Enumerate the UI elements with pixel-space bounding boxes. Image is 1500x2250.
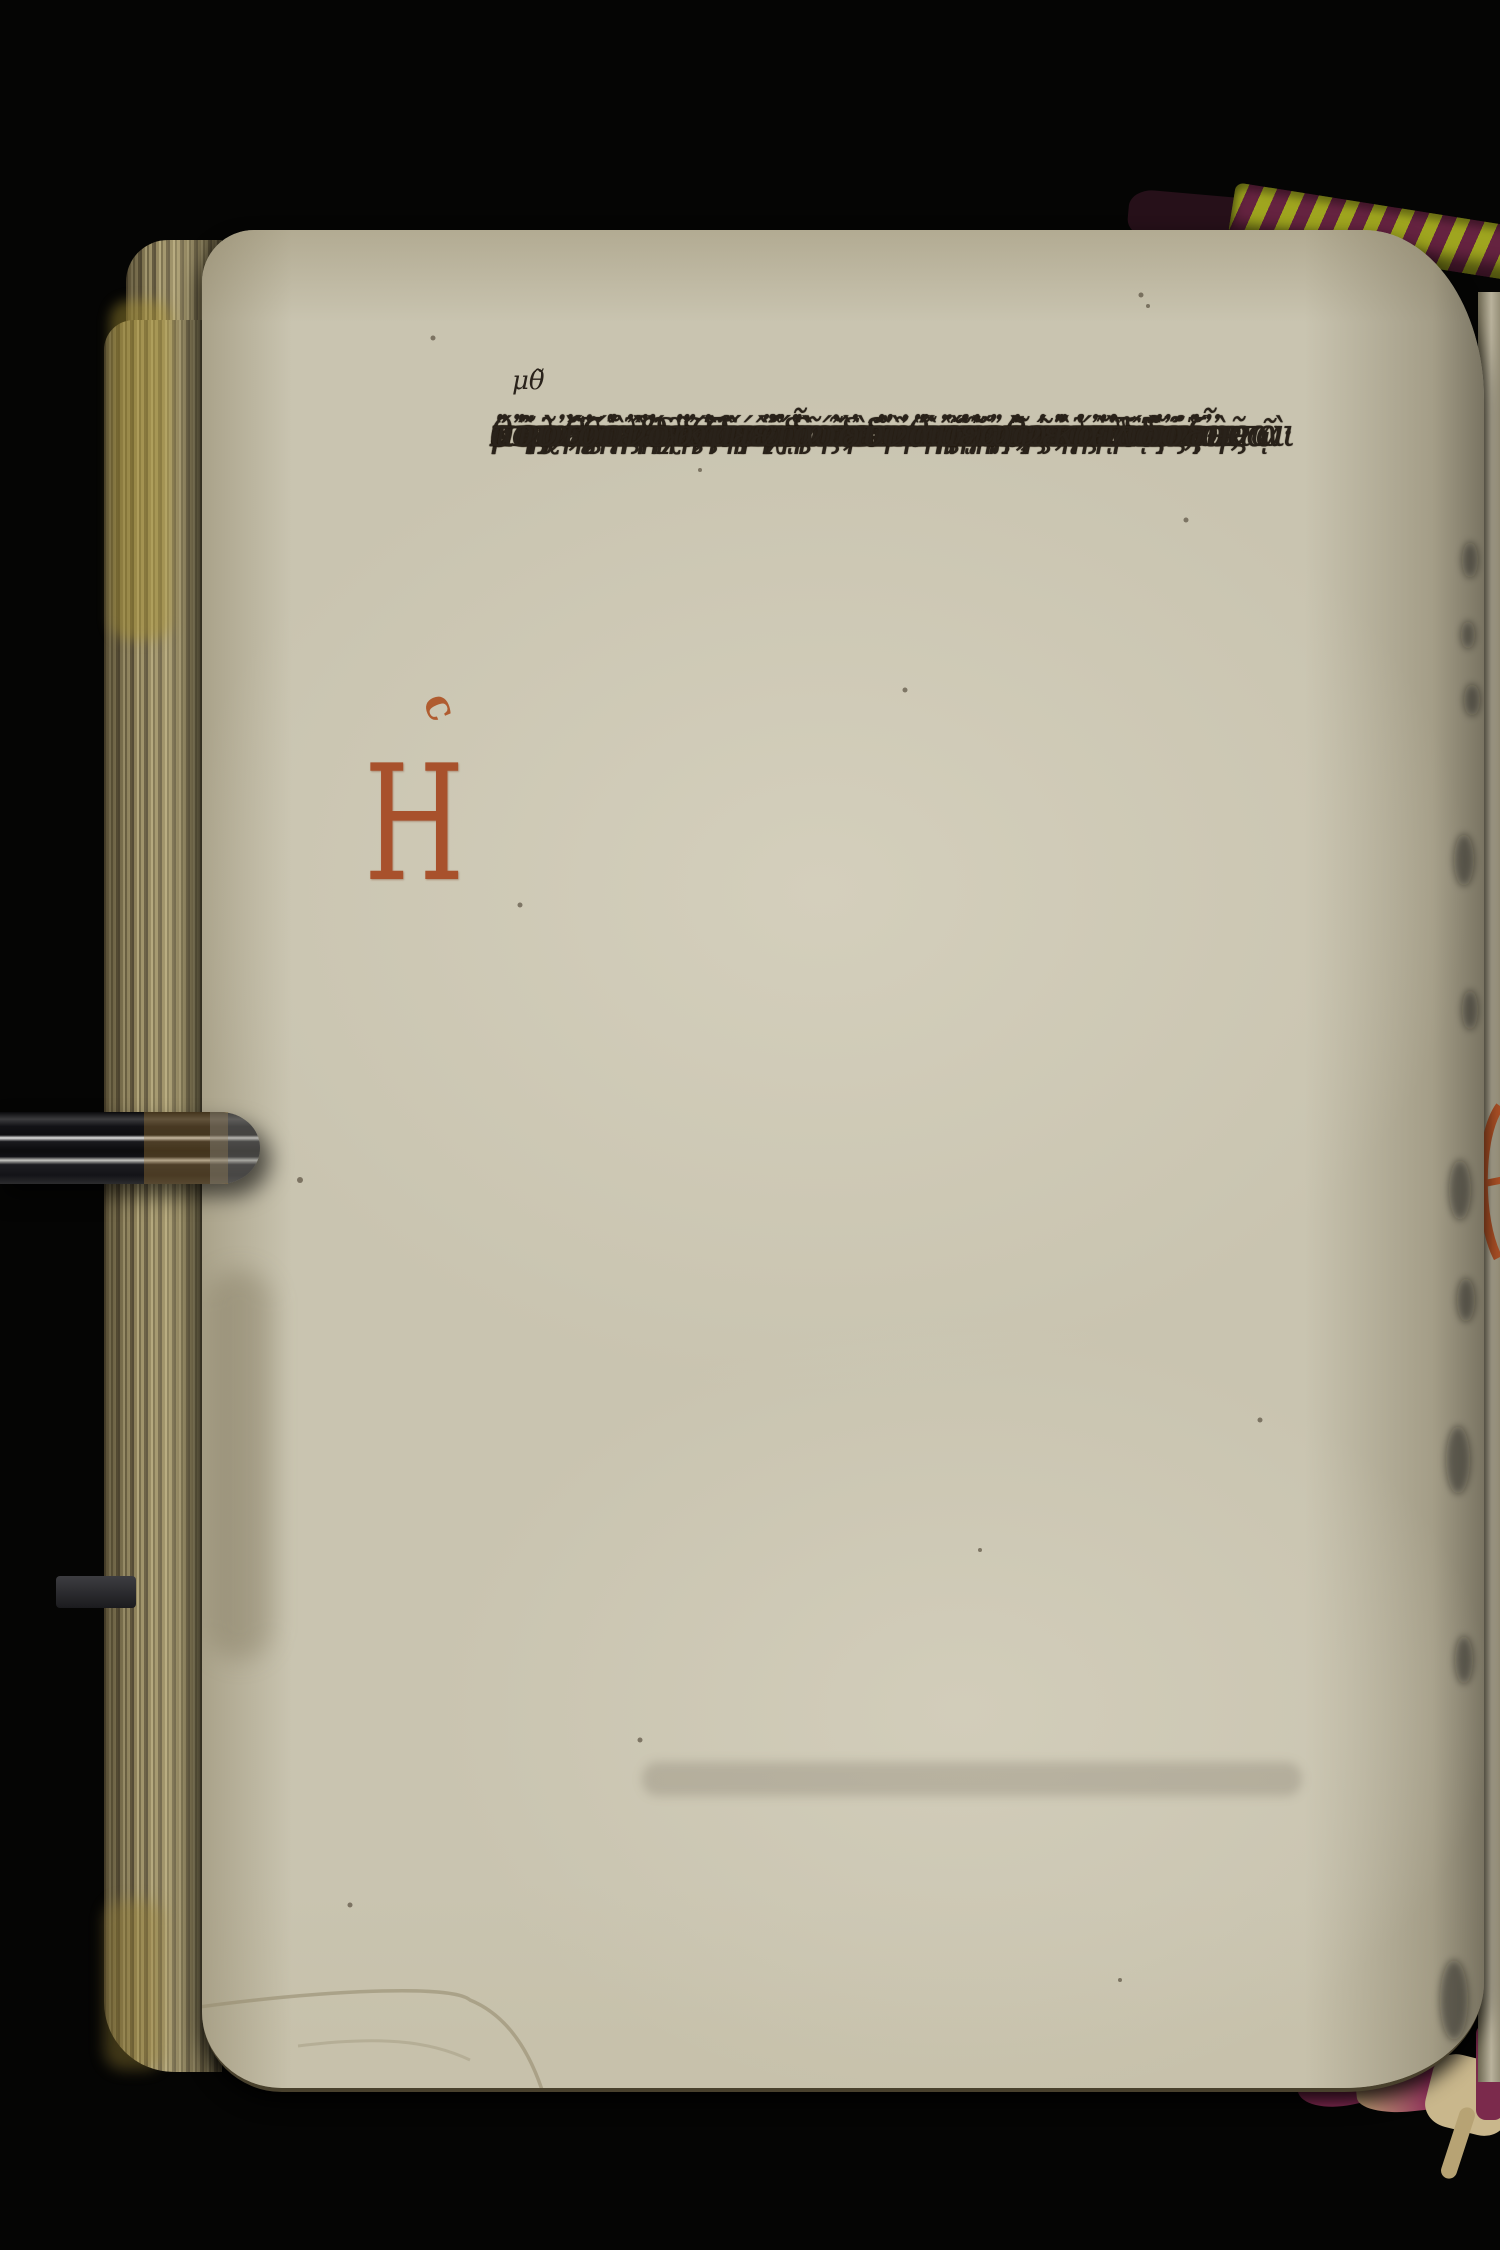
glass-page-weight-rod <box>0 1112 260 1184</box>
leaf-edge-stain <box>110 300 172 640</box>
text-column: μεγάλα καὶ τέρατα· ὥς τε πλα νῆσαι εἰ δυ… <box>490 404 1448 1744</box>
section-number: μθ̃ <box>512 366 545 396</box>
manuscript-photo: μθ̃ ϲ Η μεγάλα καὶ τέρατα· ὥς τε πλα νῆσ… <box>0 0 1500 2250</box>
leaf-edge-stain <box>104 1900 164 2070</box>
rod-stub-shadow <box>56 1576 136 1608</box>
manuscript-page: μθ̃ ϲ Η μεγάλα καὶ τέρατα· ὥς τε πλα νῆσ… <box>202 230 1484 2092</box>
manuscript-line: τοῦ οὐνοῦ, μετὰ δυνάμεως καὶ δόξης <box>490 404 1250 464</box>
rubricated-initial-eta: Η <box>364 744 464 904</box>
